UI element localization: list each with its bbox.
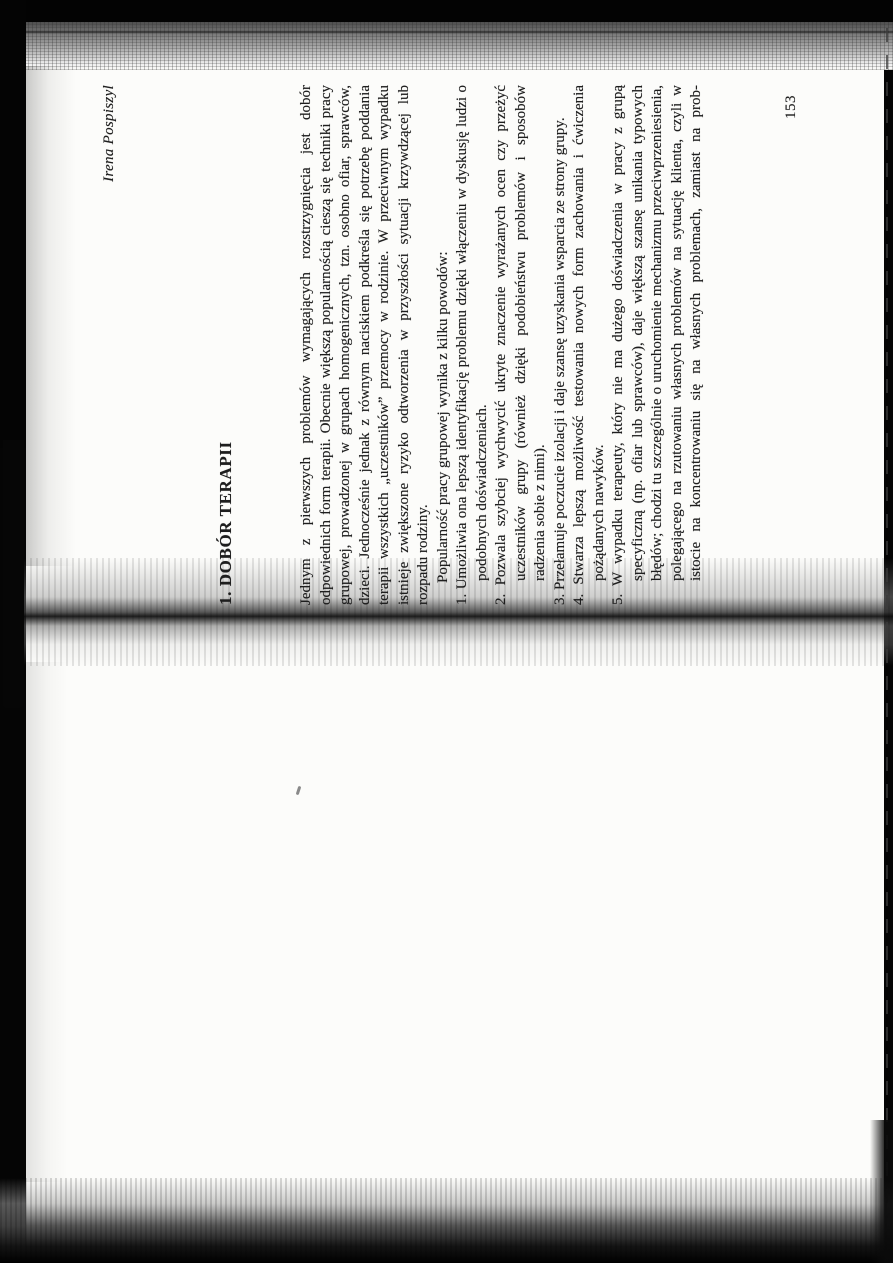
scan-edge-left [0,0,26,448]
list-item-text: Przełamuje poczucie izolacji i daje szan… [552,117,568,590]
list-item-number: 2. [493,594,509,605]
scan-edge-right-line [886,28,888,1218]
running-header-author: Irena Pospiszyl [99,85,119,605]
scan-edge-bottom [0,1178,893,1263]
page-curl-shading-lower [26,662,68,1182]
scan-edge-right-corner [870,1120,893,1263]
scan-edge-left-tail [3,440,24,708]
list-item-number: 3. [552,594,568,605]
list-item-text: Pozwala szybciej wychwycić ukryte znacze… [493,85,548,585]
list-item: 4. Stwarza lepszą możliwość testowania n… [570,85,609,605]
chapter-heading: 1. DOBÓR TERAPII [215,85,237,605]
list-item-text: Stwarza lepszą możliwość testowania nowy… [571,85,607,585]
list-item: 1. Umożliwia ona lepszą identyfikację pr… [453,85,492,605]
rotated-page-content: Irena Pospiszyl 1. DOBÓR TERAPII Jednym … [95,85,815,605]
page-curl-shading-upper [26,66,76,566]
scan-shadow-top [24,22,893,70]
paragraph-list-lead: Popularność pracy grupowej wynika z kilk… [434,85,454,605]
body-text: Jednym z pierwszych problemów wymagający… [297,85,707,605]
list-item: 2. Pozwala szybciej wychwycić ukryte zna… [492,85,551,605]
list-item: 3. Przełamuje poczucie izolacji i daje s… [551,85,571,605]
paragraph-intro: Jednym z pierwszych problemów wymagający… [297,85,434,605]
numbered-list: 1. Umożliwia ona lepszą identyfikację pr… [453,85,707,605]
list-item-number: 1. [454,594,470,605]
scan-edge-top [0,0,893,24]
list-item-text: W wypadku terapeuty, który nie ma dużego… [610,85,704,586]
book-scan: Irena Pospiszyl 1. DOBÓR TERAPII Jednym … [0,0,893,1263]
list-item-number: 4. [571,594,587,605]
list-item: 5. W wypadku terapeuty, który nie ma duż… [609,85,707,605]
list-item-text: Umożliwia ona lepszą identyfikację probl… [454,85,490,589]
list-item-number: 5. [610,594,626,605]
page-number: 153 [783,95,800,119]
